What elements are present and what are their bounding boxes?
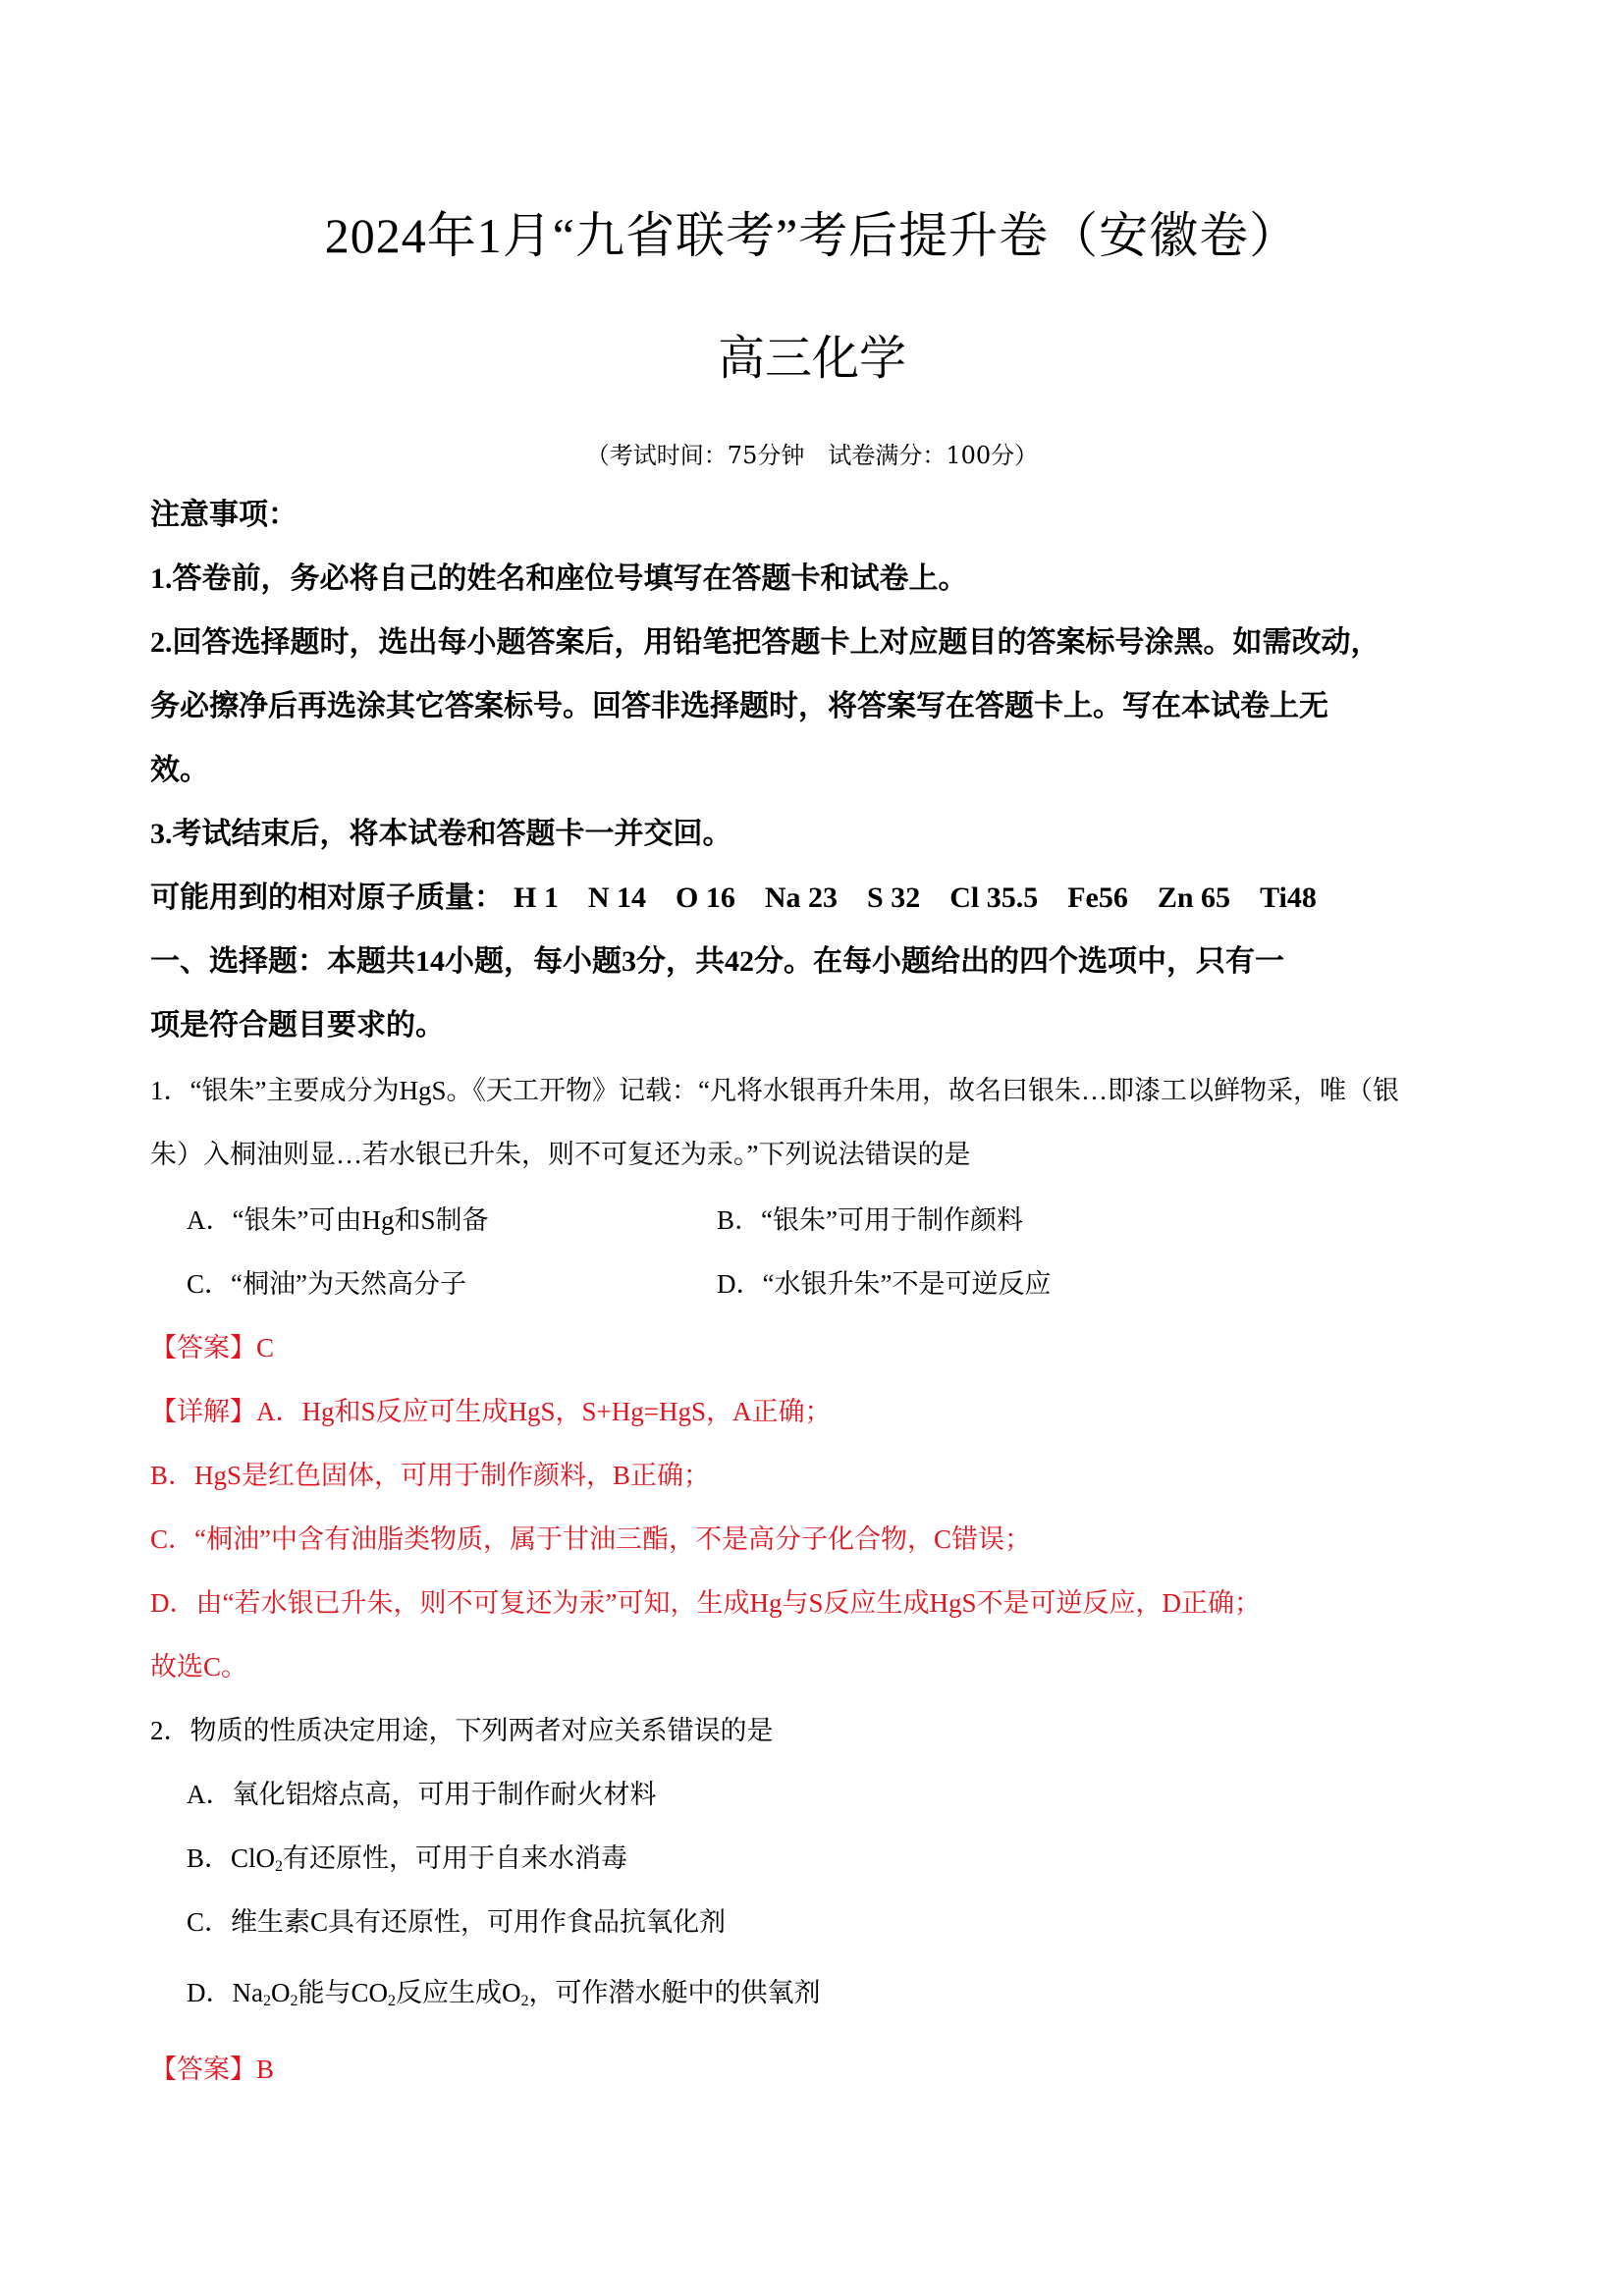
option-d-letter: D． xyxy=(187,1978,233,2007)
exam-info: （考试时间：75分钟 试卷满分：100分） xyxy=(0,440,1624,471)
notice-item-2-cont: 务必擦净后再选涂其它答案标号。回答非选择题时，将答案写在答题卡上。写在本试卷上无 xyxy=(150,687,1328,726)
atomic-masses: 可能用到的相对原子质量：H 1N 14O 16Na 23S 32Cl 35.5F… xyxy=(150,879,1346,918)
formula-part: O xyxy=(271,1978,291,2007)
question-2-answer: 【答案】B xyxy=(150,2052,274,2087)
question-1-stem: 1．“银朱”主要成分为HgS。《天工开物》记载：“凡将水银再升朱用，故名曰银朱…… xyxy=(150,1073,1399,1108)
mass-s: S 32 xyxy=(867,881,920,914)
mass-ti: Ti48 xyxy=(1260,881,1317,914)
option-b-text: 有还原性，可用于自来水消毒 xyxy=(283,1843,627,1873)
notice-item-1: 1.答卷前，务必将自己的姓名和座位号填写在答题卡和试卷上。 xyxy=(150,560,968,599)
section-heading: 一、选择题：本题共14小题，每小题3分，共42分。在每小题给出的四个选项中，只有… xyxy=(150,942,1284,982)
question-1-explanation-c: C．“桐油”中含有油脂类物质，属于甘油三酯，不是高分子化合物，C错误； xyxy=(150,1522,1031,1557)
question-1-explanation-b: B．HgS是红色固体，可用于制作颜料，B正确； xyxy=(150,1458,710,1493)
formula-part: Na xyxy=(233,1978,263,2007)
question-2-option-c: C．维生素C具有还原性，可用作食品抗氧化剂 xyxy=(187,1904,726,1940)
mass-zn: Zn 65 xyxy=(1158,881,1230,914)
mass-fe: Fe56 xyxy=(1067,881,1128,914)
document-title: 2024年1月“九省联考”考后提升卷（安徽卷） xyxy=(0,206,1624,265)
question-1-explanation-d: D．由“若水银已升朱，则不可复还为汞”可知，生成Hg与S反应生成HgS不是可逆反… xyxy=(150,1585,1261,1621)
question-1-option-d: D．“水银升朱”不是可逆反应 xyxy=(717,1266,1051,1302)
document-subtitle: 高三化学 xyxy=(0,329,1624,388)
question-1-option-b: B．“银朱”可用于制作颜料 xyxy=(717,1202,1023,1238)
notice-item-3: 3.考试结束后，将本试卷和答题卡一并交回。 xyxy=(150,815,732,854)
question-1-stem-cont: 朱）入桐油则显…若水银已升朱，则不可复还为汞。”下列说法错误的是 xyxy=(150,1137,970,1172)
question-1-answer: 【答案】C xyxy=(150,1330,274,1365)
question-1-option-c: C．“桐油”为天然高分子 xyxy=(187,1266,466,1302)
clo2-formula: ClO xyxy=(231,1843,275,1873)
mass-h: H 1 xyxy=(514,881,559,914)
notice-item-2-end: 效。 xyxy=(150,751,209,790)
mass-na: Na 23 xyxy=(765,881,838,914)
option-d-text: ，可作潜水艇中的供氧剂 xyxy=(529,1978,821,2007)
notice-item-2: 2.回答选择题时，选出每小题答案后，用铅笔把答题卡上对应题目的答案标号涂黑。如需… xyxy=(150,623,1380,663)
question-1-explanation-a: 【详解】A．Hg和S反应可生成HgS，S+Hg=HgS，A正确； xyxy=(150,1394,832,1429)
notice-heading: 注意事项： xyxy=(150,496,298,535)
question-2-option-b: B．ClO2有还原性，可用于自来水消毒 xyxy=(187,1841,627,1885)
section-heading-cont: 项是符合题目要求的。 xyxy=(150,1006,445,1045)
mass-cl: Cl 35.5 xyxy=(949,881,1038,914)
question-1-option-a: A．“银朱”可由Hg和S制备 xyxy=(187,1202,488,1238)
subscript: 2 xyxy=(275,1858,283,1875)
option-b-letter: B． xyxy=(187,1843,231,1873)
subscript: 2 xyxy=(263,1993,271,2009)
formula-part: 反应生成O xyxy=(396,1978,521,2007)
subscript: 2 xyxy=(388,1993,396,2009)
mass-n: N 14 xyxy=(588,881,646,914)
mass-o: O 16 xyxy=(676,881,735,914)
question-2-option-a: A．氧化铝熔点高，可用于制作耐火材料 xyxy=(187,1777,657,1812)
formula-part: 能与CO xyxy=(298,1978,388,2007)
question-2-option-d: D．Na2O2能与CO2反应生成O2，可作潜水艇中的供氧剂 xyxy=(187,1975,821,2019)
exam-page: 2024年1月“九省联考”考后提升卷（安徽卷） 高三化学 （考试时间：75分钟 … xyxy=(0,0,1624,2296)
question-2-stem: 2．物质的性质决定用途，下列两者对应关系错误的是 xyxy=(150,1713,774,1748)
atomic-masses-label: 可能用到的相对原子质量： xyxy=(150,881,504,914)
question-1-conclusion: 故选C。 xyxy=(150,1649,247,1684)
subscript: 2 xyxy=(521,1993,529,2009)
